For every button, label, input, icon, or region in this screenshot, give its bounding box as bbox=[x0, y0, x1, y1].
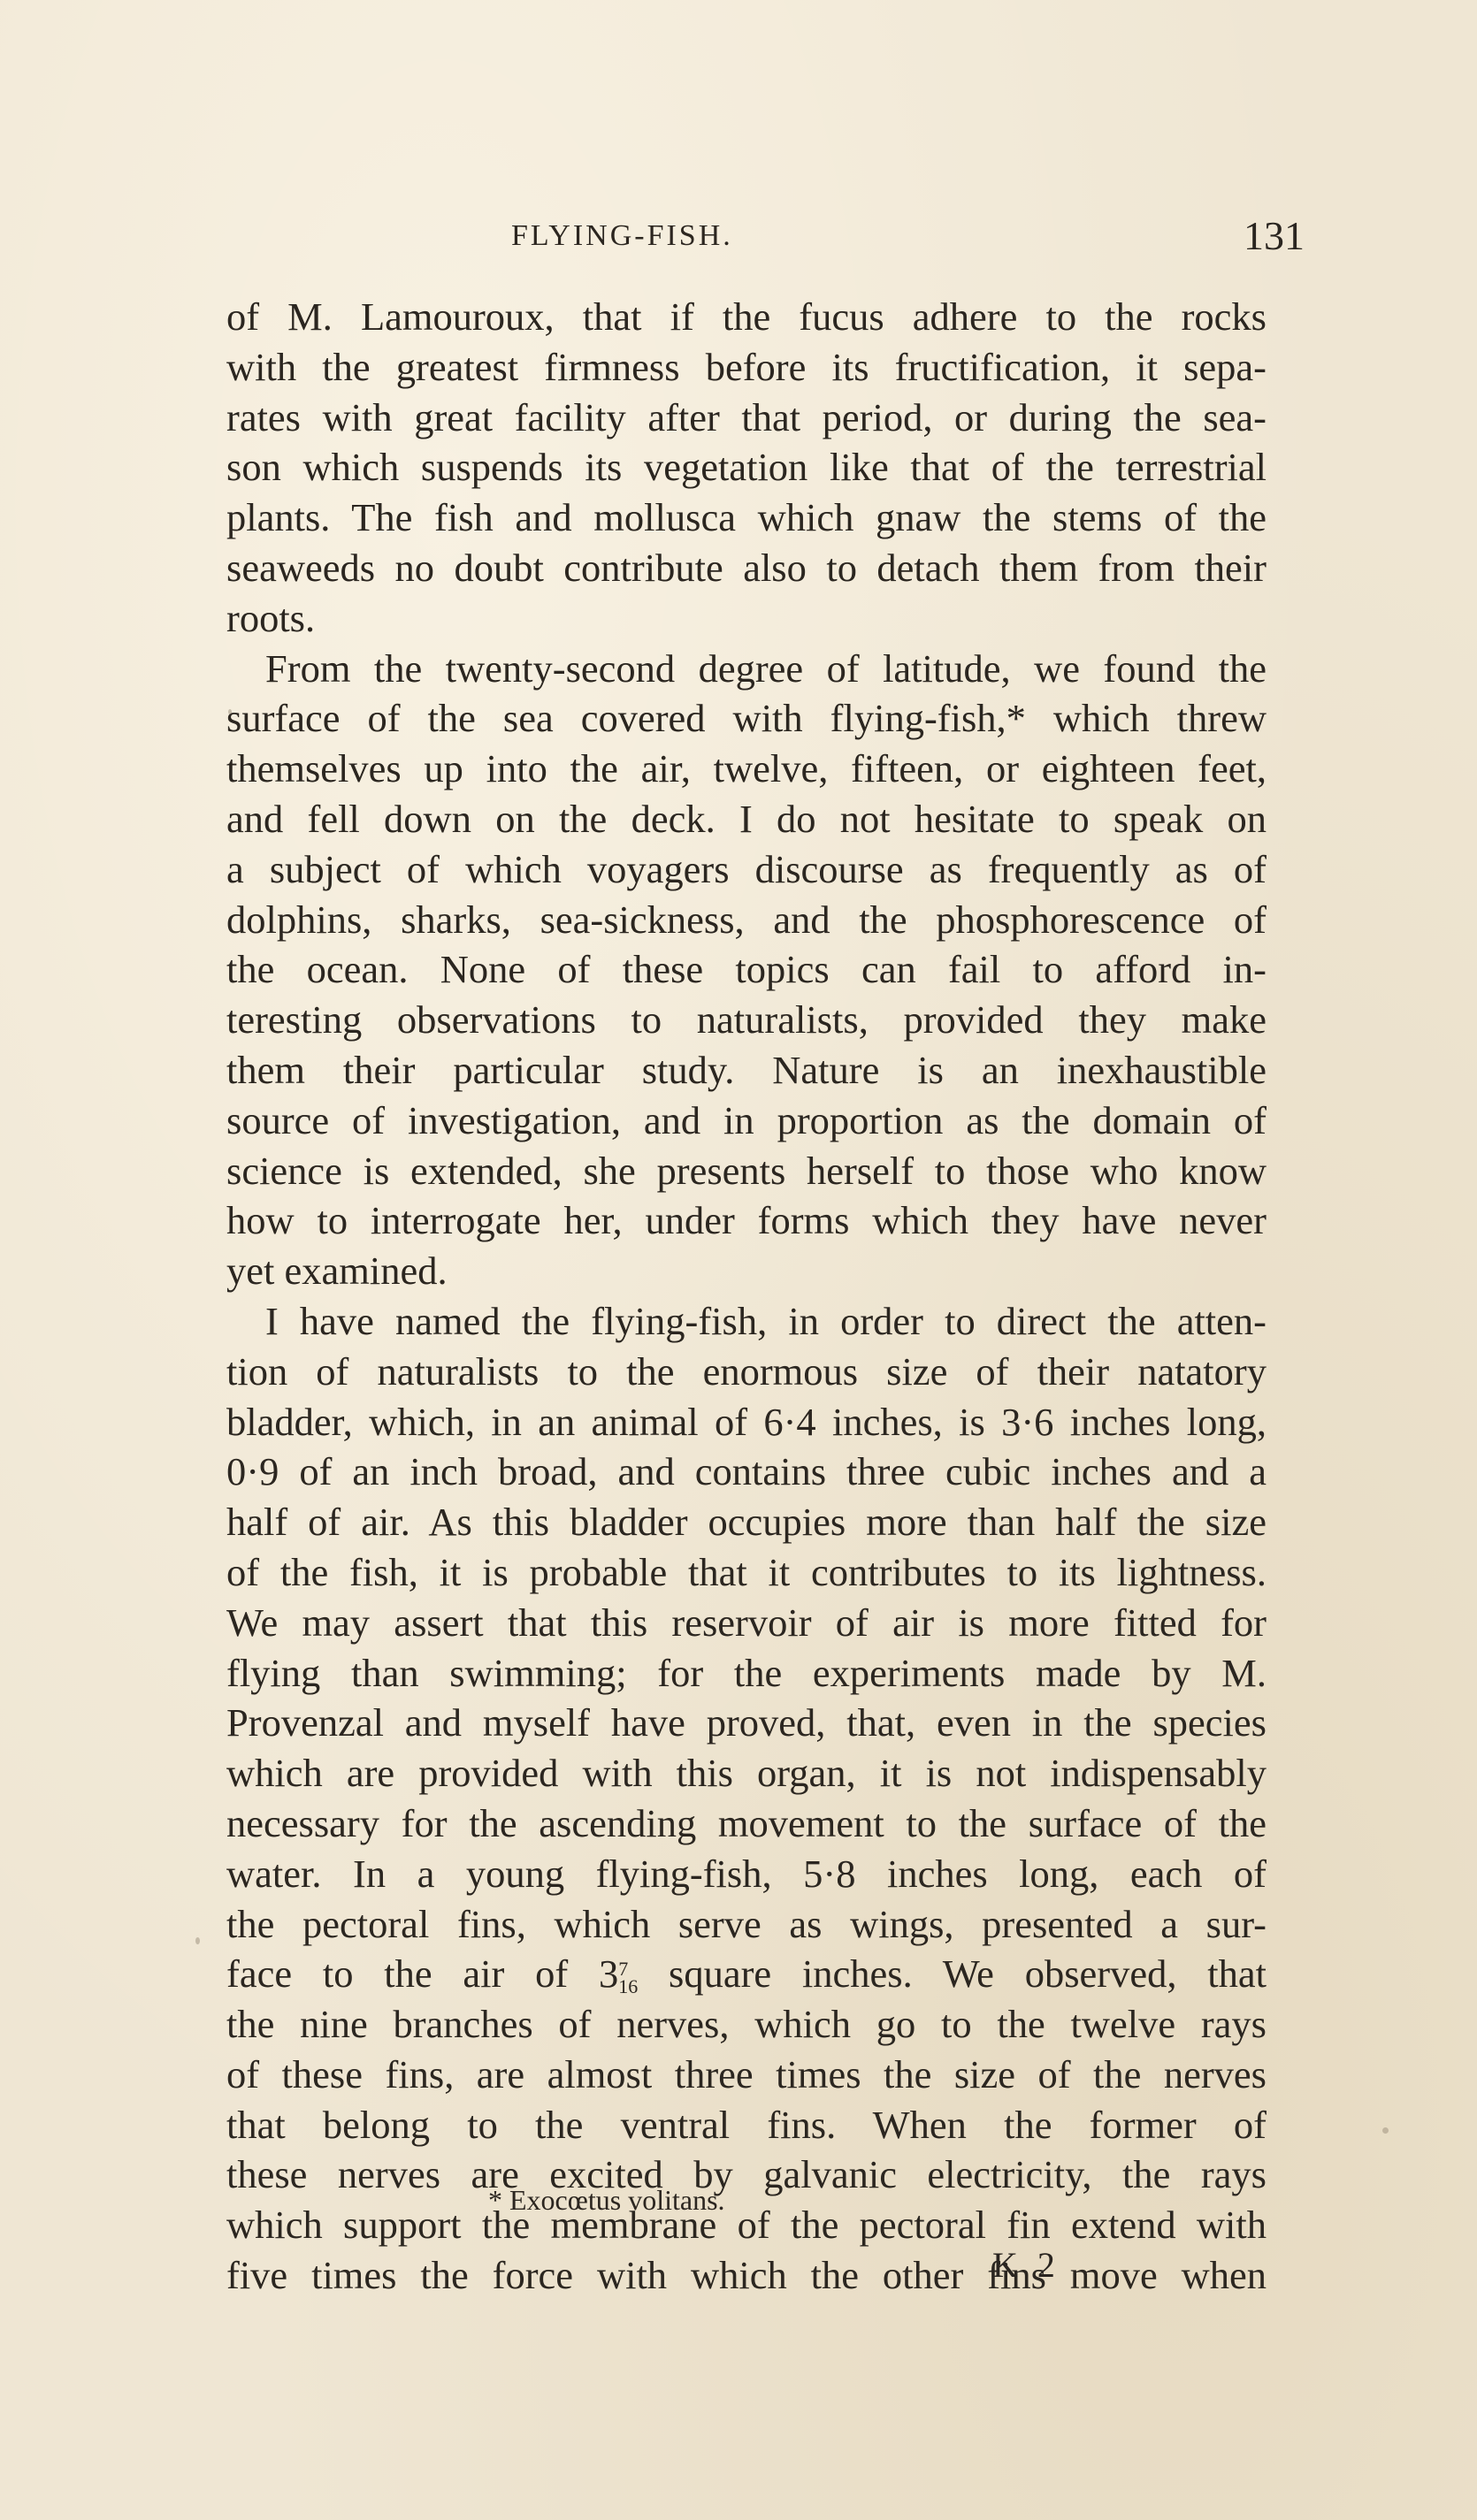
text-line: dolphins, sharks, sea-sickness, and the … bbox=[226, 895, 1267, 945]
text-line: tion of naturalists to the enormous size… bbox=[226, 1347, 1267, 1397]
text-line: that belong to the ventral fins. When th… bbox=[226, 2100, 1267, 2150]
text-line: these nerves are excited by galvanic ele… bbox=[226, 2150, 1267, 2200]
text-line: the ocean. None of these topics can fail… bbox=[226, 944, 1267, 995]
text-line: five times the force with which the othe… bbox=[226, 2250, 1267, 2301]
text-line: plants. The fish and mollusca which gnaw… bbox=[226, 493, 1267, 543]
text-line: surface of the sea covered with flying-f… bbox=[226, 693, 1267, 744]
text-line: teresting observations to naturalists, p… bbox=[226, 995, 1267, 1045]
text-line: 0·9 of an inch broad, and contains three… bbox=[226, 1447, 1267, 1497]
text-line: We may assert that this reservoir of air… bbox=[226, 1598, 1267, 1648]
text-line: them their particular study. Nature is a… bbox=[226, 1045, 1267, 1096]
text-line: From the twenty-second degree of latitud… bbox=[226, 644, 1267, 694]
paper-speck bbox=[1382, 2127, 1389, 2134]
footnote: * Exocœtus volitans. bbox=[488, 2184, 725, 2217]
text-line: bladder, which, in an animal of 6·4 inch… bbox=[226, 1397, 1267, 1447]
text-line: of the fish, it is probable that it cont… bbox=[226, 1547, 1267, 1598]
page-number: 131 bbox=[1244, 212, 1305, 259]
text-line: son which suspends its vegetation like t… bbox=[226, 442, 1267, 493]
text-line: yet examined. bbox=[226, 1246, 1267, 1296]
text-line: with the greatest firmness before its fr… bbox=[226, 342, 1267, 393]
text-line: source of investigation, and in proporti… bbox=[226, 1096, 1267, 1146]
fraction: 716 bbox=[618, 1960, 638, 1996]
text-line: seaweeds no doubt contribute also to det… bbox=[226, 543, 1267, 593]
running-title: FLYING-FISH. bbox=[511, 219, 733, 253]
text-line: the pectoral fins, which serve as wings,… bbox=[226, 1899, 1267, 1950]
text-line: I have named the flying-fish, in order t… bbox=[226, 1296, 1267, 1347]
text-line: roots. bbox=[226, 593, 1267, 644]
text-line: the nine branches of nerves, which go to… bbox=[226, 1999, 1267, 2050]
paper-speck bbox=[195, 1937, 200, 1944]
text-line: themselves up into the air, twelve, fift… bbox=[226, 744, 1267, 794]
text-line: and fell down on the deck. I do not hesi… bbox=[226, 794, 1267, 844]
text-line: necessary for the ascending movement to … bbox=[226, 1798, 1267, 1849]
text-line: which are provided with this organ, it i… bbox=[226, 1748, 1267, 1798]
text-line: of these fins, are almost three times th… bbox=[226, 2050, 1267, 2100]
text-line: a subject of which voyagers discourse as… bbox=[226, 844, 1267, 895]
text-line: face to the air of 3716 square inches. W… bbox=[226, 1949, 1267, 1999]
text-line: water. In a young flying-fish, 5·8 inche… bbox=[226, 1849, 1267, 1899]
body-text: of M. Lamouroux, that if the fucus adher… bbox=[226, 292, 1267, 2301]
signature-mark: K 2 bbox=[992, 2244, 1060, 2286]
text-line: half of air. As this bladder occupies mo… bbox=[226, 1497, 1267, 1547]
book-page: FLYING-FISH. 131 of M. Lamouroux, that i… bbox=[0, 0, 1477, 2520]
text-line: how to interrogate her, under forms whic… bbox=[226, 1195, 1267, 1246]
text-line: science is extended, she presents hersel… bbox=[226, 1146, 1267, 1196]
paper-speck bbox=[228, 709, 232, 714]
text-line: of M. Lamouroux, that if the fucus adher… bbox=[226, 292, 1267, 342]
text-line: flying than swimming; for the experiment… bbox=[226, 1648, 1267, 1699]
text-line: which support the membrane of the pector… bbox=[226, 2200, 1267, 2250]
text-line: rates with great facility after that per… bbox=[226, 393, 1267, 443]
text-line: Provenzal and myself have proved, that, … bbox=[226, 1698, 1267, 1748]
